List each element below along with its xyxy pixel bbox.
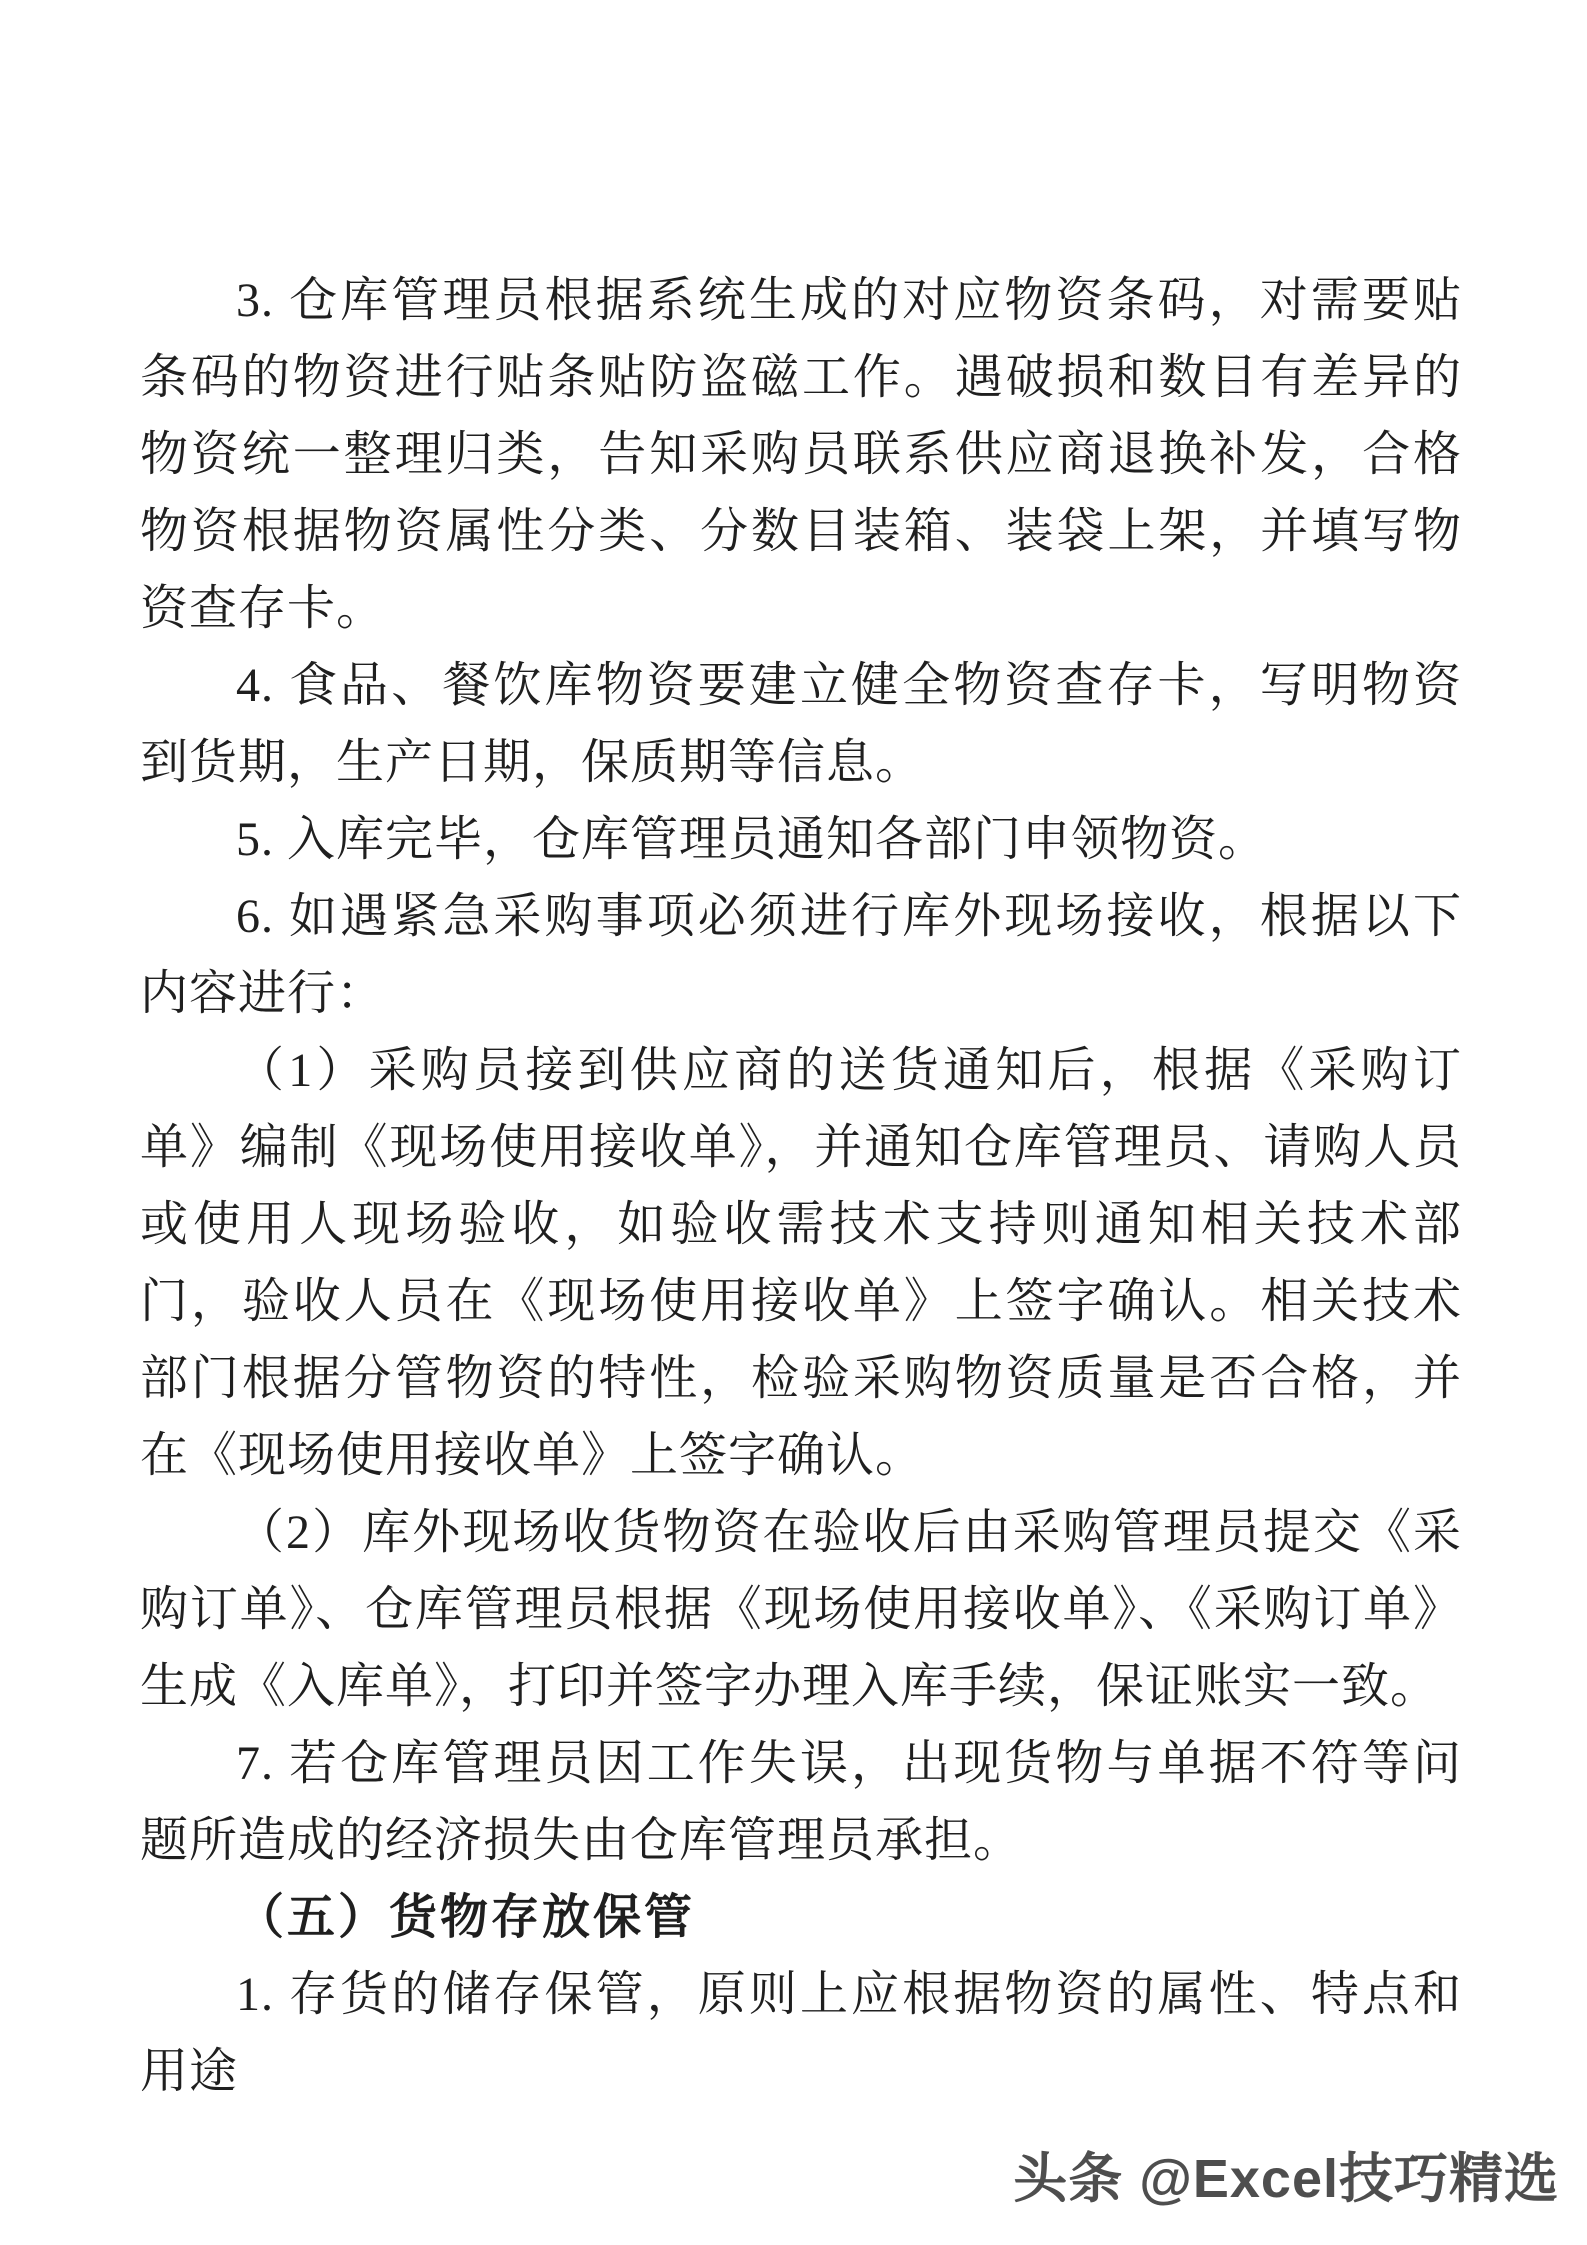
paragraph: 7. 若仓库管理员因工作失误，出现货物与单据不符等问题所造成的经济损失由仓库管理… — [140, 1725, 1462, 1879]
section-heading: （五）货物存放保管 — [140, 1879, 1462, 1956]
watermark-text: 头条 @Excel技巧精选 — [1013, 2136, 1559, 2213]
paragraph: 5. 入库完毕，仓库管理员通知各部门申领物资。 — [140, 801, 1462, 878]
paragraph: （1）采购员接到供应商的送货通知后，根据《采购订单》编制《现场使用接收单》，并通… — [140, 1032, 1462, 1494]
paragraph: 3. 仓库管理员根据系统生成的对应物资条码，对需要贴条码的物资进行贴条贴防盗磁工… — [140, 262, 1462, 647]
paragraph: （2）库外现场收货物资在验收后由采购管理员提交《采购订单》、仓库管理员根据《现场… — [140, 1494, 1462, 1725]
paragraph: 1. 存货的储存保管，原则上应根据物资的属性、特点和用途 — [140, 1956, 1462, 2110]
paragraph: 4. 食品、餐饮库物资要建立健全物资查存卡，写明物资到货期，生产日期，保质期等信… — [140, 647, 1462, 801]
document-page: 3. 仓库管理员根据系统生成的对应物资条码，对需要贴条码的物资进行贴条贴防盗磁工… — [0, 0, 1587, 2245]
paragraph: 6. 如遇紧急采购事项必须进行库外现场接收，根据以下内容进行： — [140, 878, 1462, 1032]
document-body: 3. 仓库管理员根据系统生成的对应物资条码，对需要贴条码的物资进行贴条贴防盗磁工… — [140, 262, 1462, 2110]
